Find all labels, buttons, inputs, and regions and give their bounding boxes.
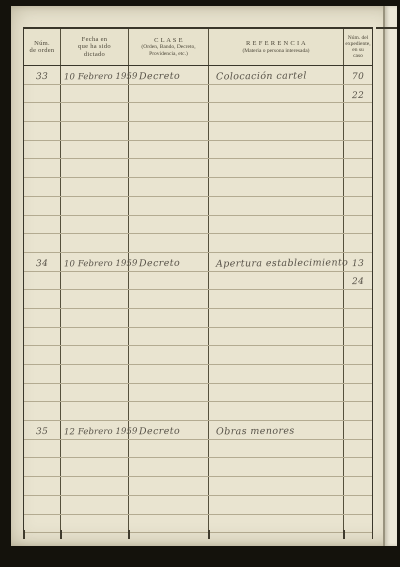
header-text: caso <box>353 53 363 59</box>
header-referencia: R E F E R E N C I A (Materia o persona i… <box>209 29 344 65</box>
cell-expediente <box>344 440 372 458</box>
registry-table: Núm. de orden Fecha en que ha sido dicta… <box>23 27 373 533</box>
cell-num <box>24 384 61 402</box>
cell-referencia <box>209 178 344 196</box>
cell-fecha <box>61 85 129 103</box>
table-row <box>24 141 372 160</box>
cell-clase <box>129 365 209 383</box>
header-text: que ha sido <box>78 43 111 51</box>
table-row <box>24 309 372 328</box>
cell-expediente <box>344 477 372 495</box>
cell-expediente <box>344 103 372 121</box>
cell-expediente <box>344 328 372 346</box>
cell-clase <box>129 197 209 215</box>
cell-referencia <box>209 234 344 252</box>
handwritten-entry: 34 <box>36 259 48 269</box>
cell-referencia <box>209 103 344 121</box>
cell-fecha <box>61 178 129 196</box>
cell-expediente <box>344 384 372 402</box>
cell-fecha <box>61 515 129 533</box>
cell-fecha <box>61 328 129 346</box>
scanned-paper-page: Núm. de orden Fecha en que ha sido dicta… <box>11 6 397 546</box>
cell-referencia <box>209 216 344 234</box>
handwritten-entry: Obras menores <box>216 426 295 438</box>
handwritten-entry: 10 Febrero 1959 <box>64 71 138 82</box>
cell-clase <box>129 103 209 121</box>
handwritten-entry: 10 Febrero 1959 <box>64 258 138 269</box>
cell-referencia <box>209 477 344 495</box>
cell-expediente <box>344 309 372 327</box>
column-line-stub <box>372 530 374 539</box>
table-row <box>24 197 372 216</box>
cell-referencia <box>209 272 344 290</box>
table-header-row: Núm. de orden Fecha en que ha sido dicta… <box>24 29 372 66</box>
cell-fecha <box>61 365 129 383</box>
cell-num <box>24 141 61 159</box>
cell-num <box>24 159 61 177</box>
header-clase: C L A S E (Orden, Bando, Decreto, Provid… <box>129 29 209 65</box>
cell-referencia: Apertura establecimiento <box>209 253 344 271</box>
cell-clase <box>129 458 209 476</box>
cell-num <box>24 440 61 458</box>
table-row <box>24 234 372 253</box>
cell-expediente <box>344 178 372 196</box>
cell-referencia <box>209 365 344 383</box>
cell-referencia <box>209 141 344 159</box>
cell-num <box>24 496 61 514</box>
cell-num <box>24 328 61 346</box>
cell-fecha: 10 Febrero 1959 <box>61 66 129 84</box>
cell-expediente <box>344 197 372 215</box>
cell-fecha <box>61 272 129 290</box>
cell-num <box>24 290 61 308</box>
table-row <box>24 290 372 309</box>
cell-referencia <box>209 197 344 215</box>
table-row: 3410 Febrero 1959DecretoApertura estable… <box>24 253 372 272</box>
cell-clase <box>129 309 209 327</box>
handwritten-entry: 24 <box>352 277 364 287</box>
header-num-orden: Núm. de orden <box>24 29 61 65</box>
cell-expediente <box>344 234 372 252</box>
cell-referencia <box>209 85 344 103</box>
handwritten-entry: 22 <box>352 90 364 100</box>
cell-num <box>24 309 61 327</box>
cell-referencia: Obras menores <box>209 421 344 439</box>
cell-fecha <box>61 159 129 177</box>
header-text: Providencia, etc.) <box>149 51 188 58</box>
cell-referencia <box>209 328 344 346</box>
header-num-expediente: Núm. del expediente, en su caso <box>344 29 372 65</box>
cell-num <box>24 178 61 196</box>
cell-fecha <box>61 216 129 234</box>
table-row <box>24 496 372 515</box>
cell-fecha <box>61 458 129 476</box>
cell-referencia <box>209 515 344 533</box>
cell-expediente <box>344 216 372 234</box>
table-row: 3310 Febrero 1959DecretoColocación carte… <box>24 66 372 85</box>
cell-clase <box>129 85 209 103</box>
cell-fecha <box>61 197 129 215</box>
handwritten-entry: 70 <box>352 72 364 82</box>
cell-clase <box>129 496 209 514</box>
cell-expediente <box>344 515 372 533</box>
handwritten-entry: 13 <box>352 259 364 269</box>
cell-clase <box>129 346 209 364</box>
cell-num: 33 <box>24 66 61 84</box>
table-row: 24 <box>24 272 372 291</box>
cell-num <box>24 234 61 252</box>
cell-referencia: Colocación cartel <box>209 66 344 84</box>
cell-clase <box>129 272 209 290</box>
cell-referencia <box>209 309 344 327</box>
cell-referencia <box>209 122 344 140</box>
cell-num <box>24 103 61 121</box>
cell-expediente <box>344 421 372 439</box>
cell-num <box>24 216 61 234</box>
cell-num <box>24 346 61 364</box>
cell-referencia <box>209 402 344 420</box>
cell-num <box>24 458 61 476</box>
column-line-stub <box>343 530 345 539</box>
handwritten-entry: Apertura establecimiento <box>216 258 348 270</box>
cell-expediente <box>344 496 372 514</box>
cell-fecha <box>61 122 129 140</box>
header-fecha: Fecha en que ha sido dictado <box>61 29 129 65</box>
cell-expediente <box>344 458 372 476</box>
column-line-stub <box>60 530 62 539</box>
handwritten-entry: Decreto <box>139 71 180 82</box>
cell-num <box>24 365 61 383</box>
cell-clase <box>129 141 209 159</box>
cell-expediente: 24 <box>344 272 372 290</box>
cell-clase <box>129 178 209 196</box>
cell-clase <box>129 234 209 252</box>
header-text: de orden <box>30 47 55 55</box>
table-row <box>24 346 372 365</box>
handwritten-entry: 35 <box>36 427 48 437</box>
handwritten-entry: 33 <box>36 72 48 82</box>
cell-clase: Decreto <box>129 253 209 271</box>
cell-num <box>24 477 61 495</box>
table-row <box>24 178 372 197</box>
cell-num: 35 <box>24 421 61 439</box>
cell-fecha <box>61 496 129 514</box>
cell-clase <box>129 290 209 308</box>
cell-fecha <box>61 103 129 121</box>
cell-fecha <box>61 234 129 252</box>
table-row <box>24 122 372 141</box>
handwritten-entry: Decreto <box>139 258 180 269</box>
cell-expediente <box>344 122 372 140</box>
cell-fecha <box>61 346 129 364</box>
cell-clase <box>129 515 209 533</box>
cell-num <box>24 197 61 215</box>
cell-referencia <box>209 159 344 177</box>
cell-fecha: 12 Febrero 1959 <box>61 421 129 439</box>
cell-clase <box>129 216 209 234</box>
table-row: 22 <box>24 85 372 104</box>
cell-num: 34 <box>24 253 61 271</box>
cell-fecha <box>61 477 129 495</box>
cell-fecha <box>61 402 129 420</box>
cell-expediente <box>344 346 372 364</box>
table-row <box>24 402 372 421</box>
cell-referencia <box>209 384 344 402</box>
cell-fecha <box>61 290 129 308</box>
cell-clase <box>129 159 209 177</box>
column-line-stub <box>128 530 130 539</box>
cell-clase <box>129 122 209 140</box>
cell-clase <box>129 402 209 420</box>
handwritten-entry: Decreto <box>139 426 180 437</box>
table-row <box>24 103 372 122</box>
cell-referencia <box>209 346 344 364</box>
cell-referencia <box>209 496 344 514</box>
cell-referencia <box>209 440 344 458</box>
cell-clase <box>129 440 209 458</box>
table-row <box>24 384 372 403</box>
facing-page-border-line <box>376 27 397 29</box>
column-line-stub <box>23 530 25 539</box>
cell-num <box>24 122 61 140</box>
handwritten-entry: Colocación cartel <box>216 71 307 83</box>
header-text: R E F E R E N C I A <box>246 40 306 48</box>
cell-clase: Decreto <box>129 421 209 439</box>
cell-num <box>24 402 61 420</box>
cell-referencia <box>209 458 344 476</box>
cell-expediente <box>344 402 372 420</box>
cell-num <box>24 85 61 103</box>
header-text: Fecha en <box>82 36 108 44</box>
table-row <box>24 216 372 235</box>
cell-clase <box>129 384 209 402</box>
cell-expediente: 70 <box>344 66 372 84</box>
cell-expediente: 22 <box>344 85 372 103</box>
page-edge-shadow <box>383 6 397 546</box>
cell-referencia <box>209 290 344 308</box>
cell-expediente <box>344 365 372 383</box>
table-row <box>24 458 372 477</box>
cell-fecha: 10 Febrero 1959 <box>61 253 129 271</box>
cell-expediente <box>344 159 372 177</box>
table-body: 3310 Febrero 1959DecretoColocación carte… <box>24 66 372 533</box>
table-row <box>24 159 372 178</box>
cell-fecha <box>61 141 129 159</box>
column-line-stub <box>208 530 210 539</box>
cell-num <box>24 272 61 290</box>
table-row <box>24 440 372 459</box>
table-row <box>24 365 372 384</box>
cell-expediente <box>344 141 372 159</box>
handwritten-entry: 12 Febrero 1959 <box>64 427 138 438</box>
header-text: (Materia o persona interesada) <box>242 48 309 55</box>
cell-fecha <box>61 309 129 327</box>
header-text: dictado <box>84 51 105 59</box>
cell-clase <box>129 328 209 346</box>
table-row <box>24 515 372 534</box>
table-row <box>24 477 372 496</box>
cell-clase <box>129 477 209 495</box>
table-row <box>24 328 372 347</box>
cell-fecha <box>61 384 129 402</box>
cell-expediente <box>344 290 372 308</box>
cell-num <box>24 515 61 533</box>
table-row: 3512 Febrero 1959DecretoObras menores <box>24 421 372 440</box>
cell-clase: Decreto <box>129 66 209 84</box>
header-text: Núm. <box>34 40 50 48</box>
cell-fecha <box>61 440 129 458</box>
